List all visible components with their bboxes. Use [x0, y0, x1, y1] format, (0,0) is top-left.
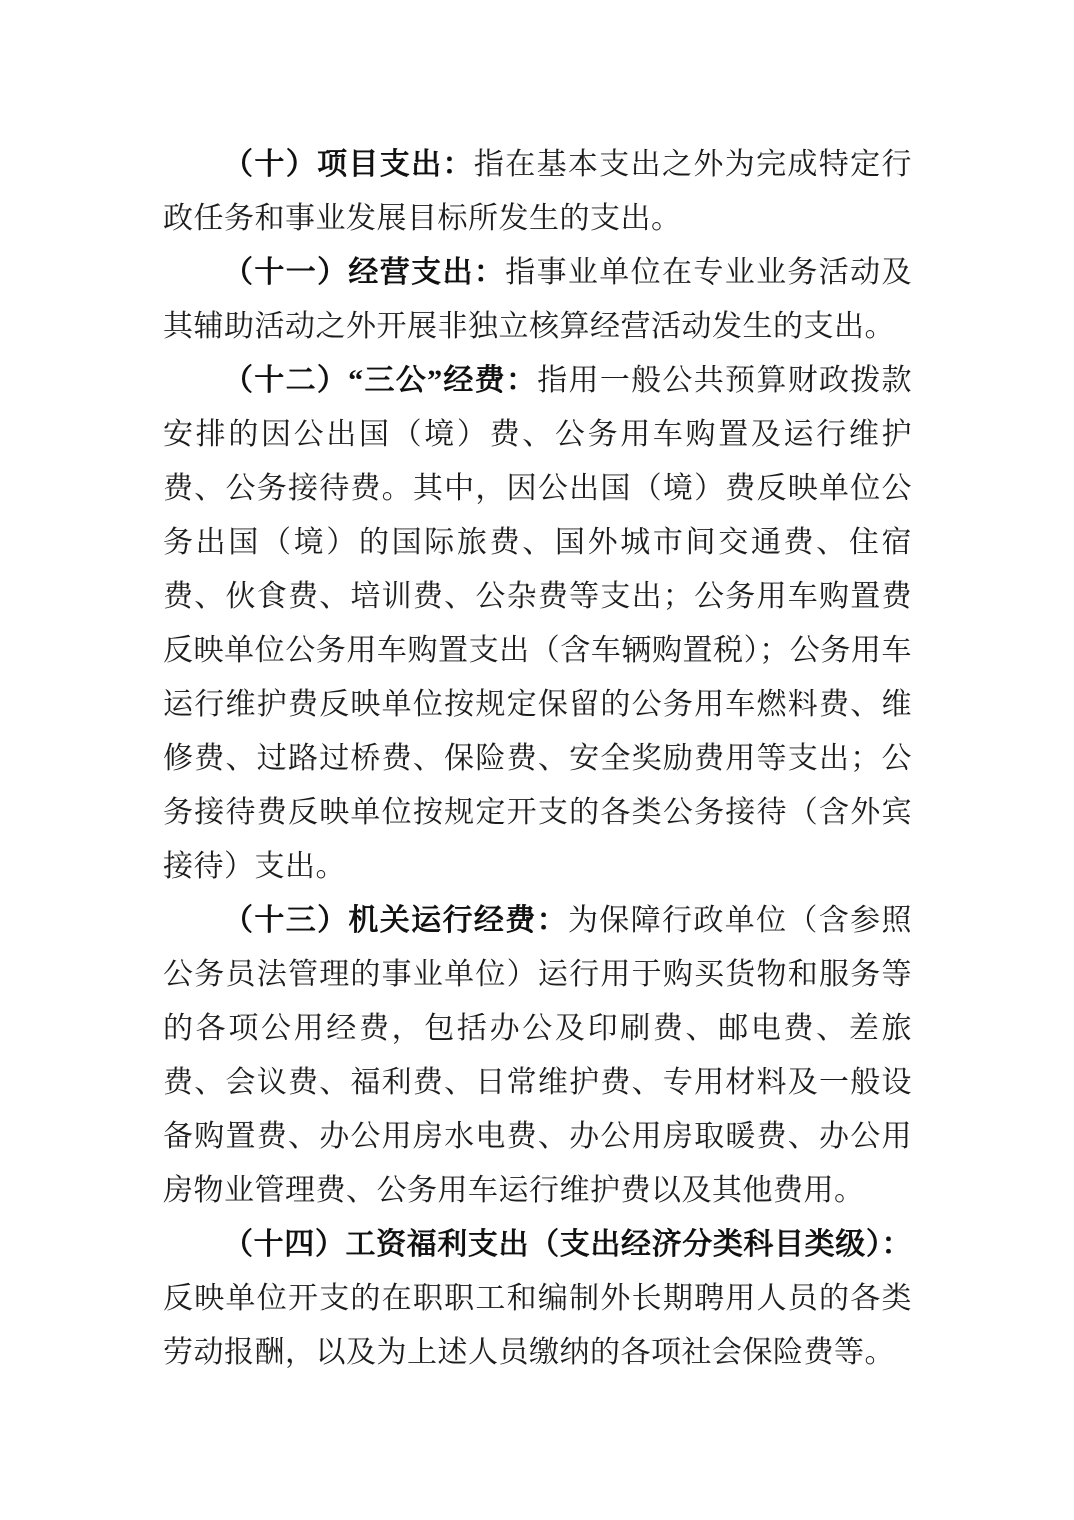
definition-text-13: 为保障行政单位（含参照公务员法管理的事业单位）运行用于购买货物和服务等的各项公用…: [163, 904, 912, 1207]
definition-paragraph-12: （十二）“三公”经费：指用一般公共预算财政拨款安排的因公出国（境）费、公务用车购…: [163, 354, 912, 894]
definition-paragraph-13: （十三）机关运行经费：为保障行政单位（含参照公务员法管理的事业单位）运行用于购买…: [163, 894, 912, 1218]
definition-paragraph-10: （十）项目支出：指在基本支出之外为完成特定行政任务和事业发展目标所发生的支出。: [163, 138, 912, 246]
term-label-11: （十一）经营支出：: [223, 256, 505, 289]
document-page: （十）项目支出：指在基本支出之外为完成特定行政任务和事业发展目标所发生的支出。 …: [0, 0, 1074, 1520]
term-label-10: （十）项目支出：: [223, 148, 474, 181]
definition-paragraph-11: （十一）经营支出：指事业单位在专业业务活动及其辅助活动之外开展非独立核算经营活动…: [163, 246, 912, 354]
definition-text-14: 反映单位开支的在职职工和编制外长期聘用人员的各类劳动报酬，以及为上述人员缴纳的各…: [163, 1282, 912, 1369]
term-label-13: （十三）机关运行经费：: [223, 904, 568, 937]
term-label-14: （十四）工资福利支出（支出经济分类科目类级）：: [223, 1228, 912, 1261]
definition-text-12: 指用一般公共预算财政拨款安排的因公出国（境）费、公务用车购置及运行维护费、公务接…: [163, 364, 912, 883]
term-label-12: （十二）“三公”经费：: [223, 364, 537, 397]
document-body: （十）项目支出：指在基本支出之外为完成特定行政任务和事业发展目标所发生的支出。 …: [163, 138, 912, 1380]
definition-paragraph-14: （十四）工资福利支出（支出经济分类科目类级）：反映单位开支的在职职工和编制外长期…: [163, 1218, 912, 1380]
